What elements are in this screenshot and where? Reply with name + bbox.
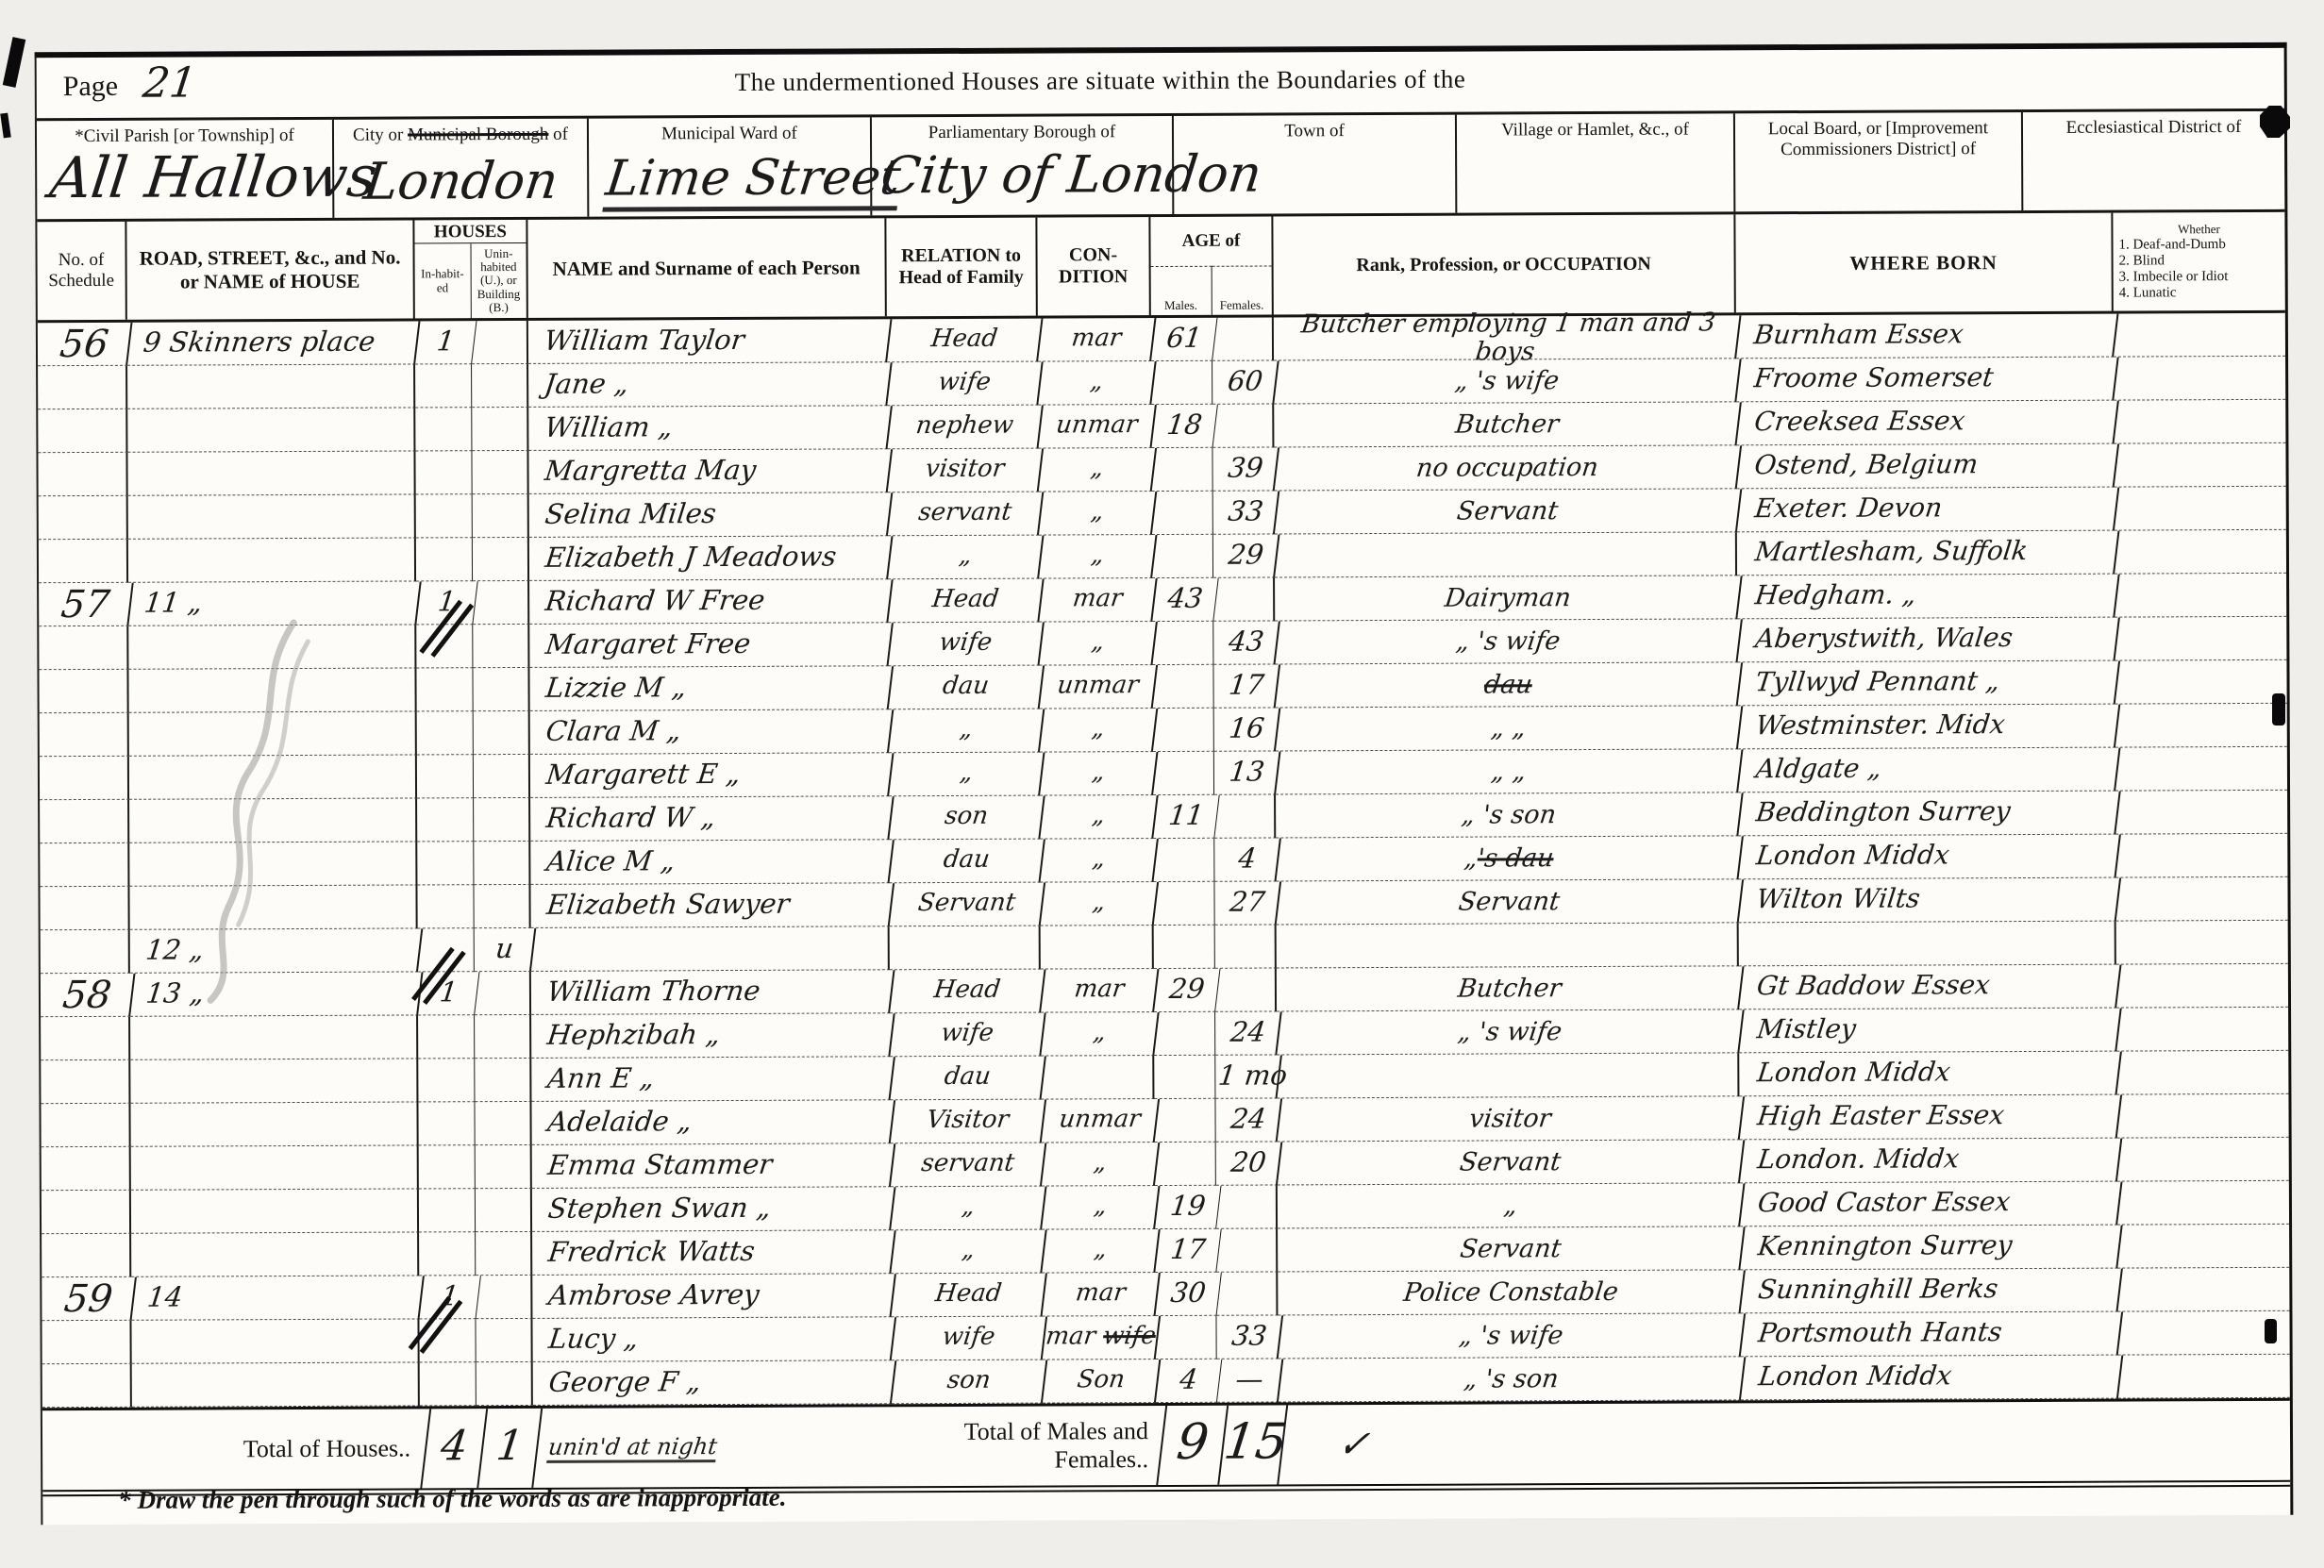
cell: Police Constable: [1278, 1270, 1745, 1315]
total-houses-label: Total of Houses..: [42, 1434, 420, 1464]
cell: [419, 1232, 476, 1276]
cell: Kennington Surrey: [1740, 1226, 2122, 1271]
age-group-title: AGE of: [1150, 216, 1271, 266]
cell: [418, 1059, 475, 1102]
cell: [472, 364, 528, 408]
cell: [419, 1145, 476, 1189]
cell: 43: [1152, 578, 1218, 622]
column-header-houses: HOUSES In-habit-ed Unin-habited (U.), or…: [414, 220, 527, 319]
cell: 57: [39, 583, 133, 626]
cell: [131, 1319, 419, 1363]
cell: 1: [415, 321, 477, 364]
column-header-condition: CON- DITION: [1037, 217, 1150, 316]
cell: [1154, 1099, 1215, 1143]
cell: Head: [887, 319, 1043, 363]
cell: 43: [1213, 621, 1279, 664]
census-rows: 569 Skinners place1William TaylorHeadmar…: [38, 313, 2290, 1408]
cell: Emma Stammer: [532, 1143, 895, 1189]
cell: [2114, 313, 2285, 358]
scan-artifact: [2272, 693, 2285, 726]
cell: [1152, 535, 1213, 578]
cell: Elizabeth Sawyer: [531, 883, 894, 928]
header-field-label: Ecclesiastical District of: [2023, 111, 2284, 139]
cell: 24: [1216, 1098, 1282, 1142]
cell: [1214, 794, 1276, 838]
cell: [472, 321, 528, 364]
cell: Burnham Essex: [1736, 314, 2118, 359]
cell: 9 Skinners place: [127, 321, 420, 365]
cell: [1153, 839, 1214, 882]
cell: [418, 1102, 475, 1145]
scan-artifact: [2265, 1319, 2277, 1343]
cell: [130, 1059, 418, 1103]
cell: [2117, 1181, 2289, 1226]
header-field-label: Village or Hamlet, &c., of: [1457, 113, 1733, 141]
total-houses-note: unin'd at night: [533, 1432, 892, 1463]
cell: Beddington Surrey: [1738, 792, 2120, 837]
cell: [474, 885, 530, 928]
cell: unmar: [1042, 1099, 1160, 1143]
cell: [1154, 1012, 1215, 1056]
cell: [42, 1191, 131, 1234]
cell: Exeter. Devon: [1737, 488, 2119, 533]
cell: [2115, 660, 2286, 705]
cell: [473, 581, 529, 625]
footnote: * Draw the pen through such of the words…: [118, 1483, 786, 1515]
cell: 61: [1151, 318, 1217, 361]
cell: 27: [1215, 881, 1281, 925]
cell: mar: [1038, 318, 1156, 362]
column-header-males: Males.: [1151, 266, 1212, 315]
cell: [475, 1015, 531, 1059]
cell: [1153, 882, 1214, 926]
header-field-label: Local Board, or [Improvement Commissione…: [1735, 112, 2021, 160]
cell: dau: [1276, 662, 1743, 708]
column-header-infirmities: Whether 1. Deaf-and-Dumb 2. Blind 3. Imb…: [2113, 212, 2284, 311]
cell: visitor: [888, 449, 1044, 493]
cell: 4: [1214, 838, 1280, 881]
cell: Wilton Wilts: [1739, 878, 2121, 924]
cell: Margaret Free: [529, 623, 893, 668]
cell: Martlesham, Suffolk: [1737, 531, 2119, 576]
cell: Mistley: [1739, 1009, 2121, 1054]
cell: Servant: [1275, 489, 1742, 534]
cell: [2117, 1138, 2289, 1182]
header-field-value: City of London: [878, 144, 1264, 206]
cell: 16: [1214, 708, 1280, 751]
cell: [42, 1147, 131, 1191]
cell: [40, 800, 129, 843]
header-field-label: Town of: [1174, 115, 1455, 142]
column-header-occupation: Rank, Profession, or OCCUPATION: [1273, 214, 1735, 314]
cell: [1151, 361, 1212, 405]
cell: [2114, 400, 2285, 444]
header-field: City or Municipal Borough ofLondon: [334, 119, 589, 218]
cell: Elizabeth J Meadows: [529, 536, 893, 581]
cell: [38, 453, 127, 496]
cell: [2116, 1051, 2288, 1095]
column-header-relation: RELATION to Head of Family: [886, 218, 1037, 317]
header-field-label: *Civil Parish [or Township] of: [37, 120, 332, 147]
total-males-females-label: Total of Males and Females..: [892, 1417, 1156, 1475]
cell: [39, 670, 128, 713]
cell: dau: [889, 666, 1045, 710]
cell: [1215, 925, 1277, 968]
cell: [416, 668, 473, 711]
cell: 30: [1155, 1273, 1221, 1316]
cell: „: [1040, 795, 1158, 840]
cell: [42, 1364, 132, 1408]
cell: Sunninghill Berks: [1740, 1269, 2122, 1314]
cell: [1153, 709, 1214, 752]
cell: [1041, 926, 1154, 970]
cell: wife: [892, 1317, 1047, 1361]
cell: —: [1217, 1359, 1283, 1402]
cell: [475, 1059, 531, 1102]
cell: High Easter Essex: [1740, 1095, 2122, 1141]
cell: [127, 408, 415, 452]
column-header-females: Females.: [1212, 265, 1272, 314]
cell: [418, 1015, 475, 1059]
cell: „: [891, 1230, 1046, 1275]
cell: [40, 713, 129, 757]
cell: Alice M „: [530, 840, 894, 885]
cell: [416, 494, 473, 538]
cell: Froome Somerset: [1736, 358, 2118, 403]
cell: Margarett E „: [530, 753, 894, 798]
cell: dau: [889, 840, 1045, 884]
census-sheet: Page 21 The undermentioned Houses are si…: [35, 42, 2294, 1525]
cell: „: [1042, 1143, 1160, 1187]
cell: servant: [891, 1143, 1046, 1188]
cell: [1277, 923, 1739, 968]
cell: [1041, 1056, 1154, 1100]
cell: „: [891, 1187, 1046, 1231]
cell: [130, 1102, 418, 1146]
cell: „: [1038, 361, 1156, 406]
cell: [128, 538, 416, 582]
cell: [475, 972, 531, 1015]
cell: Clara M „: [530, 709, 894, 755]
column-header-uninhabited: Unin-habited (U.), or Building (B.): [471, 243, 527, 318]
cell: [474, 798, 530, 842]
cell: 24: [1215, 1011, 1281, 1055]
cell: [472, 408, 528, 451]
cell: Visitor: [891, 1100, 1046, 1144]
header-field-label: City or Municipal Borough of: [334, 119, 587, 146]
cell: unmar: [1040, 665, 1158, 709]
cell: Hephzibah „: [531, 1013, 894, 1059]
cell: [472, 451, 528, 494]
cell: [38, 366, 127, 409]
cell: 17: [1155, 1229, 1221, 1273]
cell: 13: [1214, 751, 1280, 794]
cell: 33: [1213, 491, 1279, 534]
cell: [40, 887, 129, 930]
cell: 58: [41, 974, 135, 1017]
cell: Creeksea Essex: [1736, 401, 2118, 446]
cell: [474, 842, 530, 885]
cell: wife: [890, 1013, 1045, 1058]
cell: [39, 626, 128, 670]
header-field-label: Municipal Ward of: [589, 117, 870, 144]
cell: mar: [1041, 969, 1159, 1013]
cell: [890, 926, 1041, 971]
cell: Head: [891, 1274, 1046, 1318]
cell: Richard W „: [530, 796, 894, 842]
cell: „: [1040, 752, 1158, 796]
cell: [474, 755, 530, 798]
cell: [132, 1362, 420, 1407]
cell: no occupation: [1275, 445, 1742, 491]
cell: mar wife: [1043, 1316, 1161, 1360]
cell: [41, 1060, 130, 1104]
cell: Aldgate „: [1738, 748, 2120, 793]
cell: [2116, 1008, 2288, 1052]
cell: 60: [1212, 360, 1279, 404]
cell: 59: [42, 1277, 136, 1321]
check-mark-icon: ✓: [1279, 1423, 1372, 1466]
cell: [128, 494, 416, 539]
total-houses-uninhabited: 1: [477, 1409, 543, 1488]
infirmities-title: Whether: [2118, 221, 2279, 237]
cell: London Middx: [1741, 1356, 2123, 1401]
cell: [1152, 622, 1213, 665]
cell: [42, 1321, 131, 1364]
header-field-label: Parliamentary Borough of: [872, 116, 1172, 143]
header-field-value: All Hallows: [46, 144, 380, 212]
total-houses-inhabited: 4: [420, 1409, 486, 1488]
cell: 29: [1154, 969, 1220, 1012]
cell: „: [889, 753, 1045, 797]
cell: „ 's dau: [1276, 836, 1743, 881]
cell: [417, 842, 474, 885]
cell: Aberystwith, Wales: [1737, 618, 2119, 663]
page-label: Page: [63, 71, 118, 103]
header-field: Ecclesiastical District of: [2023, 111, 2284, 210]
cell: 19: [1155, 1186, 1221, 1229]
cell: [1277, 1053, 1739, 1098]
cell: Head: [890, 970, 1045, 1014]
header-field-value: London: [360, 151, 560, 211]
cell: [417, 755, 474, 798]
cell: [531, 926, 890, 972]
cell: [39, 540, 128, 583]
cell: Gt Baddow Essex: [1739, 965, 2121, 1010]
cell: William „: [528, 406, 892, 451]
cell: [131, 1232, 419, 1276]
cell: Lizzie M „: [530, 666, 894, 711]
cell: [2115, 791, 2287, 835]
cell: dau: [890, 1057, 1045, 1101]
cell: son: [892, 1360, 1047, 1405]
cell: William Taylor: [528, 319, 892, 364]
header-field: Local Board, or [Improvement Commissione…: [1735, 112, 2023, 211]
cell: [41, 1104, 130, 1147]
cell: 11: [1153, 795, 1219, 839]
cell: 56: [38, 323, 132, 366]
cell: „: [1042, 1229, 1160, 1274]
cell: [2115, 834, 2287, 878]
cell: Ann E „: [531, 1057, 894, 1102]
cell: 14: [131, 1276, 424, 1320]
cell: [1213, 577, 1275, 621]
cell: [2116, 1094, 2288, 1139]
cell: mar: [1042, 1273, 1160, 1317]
cell: visitor: [1278, 1096, 1745, 1142]
cell: [420, 1362, 477, 1406]
houses-group-title: HOUSES: [414, 220, 526, 244]
cell: [1154, 1056, 1215, 1099]
cell: [473, 668, 529, 711]
cell: Servant: [890, 883, 1045, 927]
infirmity-item: 1. Deaf-and-Dumb: [2118, 236, 2279, 253]
cell: [476, 1145, 532, 1189]
cell: [476, 1276, 532, 1319]
cell: [474, 711, 530, 755]
cell: [416, 538, 473, 581]
cell: Servant: [1278, 1226, 1745, 1272]
cell: Portsmouth Hants: [1741, 1312, 2123, 1358]
cell: [1212, 404, 1274, 447]
cell: [476, 1189, 532, 1232]
cell: [1275, 532, 1737, 577]
infirmity-item: 2. Blind: [2119, 253, 2280, 270]
cell: Servant: [1277, 879, 1744, 925]
totals-row: Total of Houses.. 4 1 unin'd at night To…: [42, 1398, 2290, 1496]
cell: [2118, 1355, 2290, 1399]
cell: [1153, 752, 1214, 795]
cell: [473, 625, 529, 668]
cell: [41, 1017, 130, 1060]
cell: [1739, 922, 2116, 967]
cell: [415, 408, 472, 451]
cell: 20: [1216, 1142, 1282, 1185]
cell: Margretta May: [529, 449, 893, 494]
cell: Good Castor Essex: [1740, 1182, 2122, 1227]
cell: [127, 364, 415, 409]
cell: „: [1039, 448, 1157, 492]
infirmity-item: 4. Lunatic: [2119, 285, 2280, 302]
cell: „ „: [1276, 706, 1743, 751]
cell: 33: [1217, 1315, 1283, 1359]
cell: [2117, 1268, 2289, 1312]
cell: Hedgham. „: [1737, 575, 2119, 620]
cell: [41, 930, 130, 974]
cell: Son: [1043, 1359, 1161, 1404]
tally-mark: [411, 595, 477, 661]
header-field-value: Lime Street: [602, 149, 903, 211]
cell: „: [1040, 839, 1158, 883]
cell: [477, 1362, 533, 1406]
scan-artifact: [3, 37, 26, 88]
cell: Butcher: [1274, 402, 1741, 447]
cell: [475, 1102, 531, 1145]
cell: [417, 798, 474, 842]
cell: Lucy „: [533, 1317, 896, 1362]
cell: 18: [1151, 405, 1217, 448]
cell: [2115, 487, 2286, 531]
cell: [419, 1189, 476, 1232]
cell: [2115, 574, 2286, 618]
cell: Stephen Swan „: [532, 1187, 895, 1232]
cell: 29: [1213, 534, 1279, 577]
scan-artifact: [0, 113, 11, 139]
cell: „ 's wife: [1274, 359, 1741, 404]
cell: [1216, 1228, 1278, 1272]
cell: wife: [888, 623, 1044, 667]
page-number: 21: [141, 58, 199, 107]
cell: 4: [1156, 1359, 1222, 1403]
column-header-age: AGE of Males. Females.: [1150, 216, 1273, 315]
cell: [131, 1189, 419, 1233]
cell: „: [1041, 882, 1159, 926]
cell: Richard W Free: [529, 579, 893, 625]
column-header-schedule: No. of Schedule: [37, 222, 126, 320]
cell: nephew: [887, 406, 1043, 450]
cell: [2115, 747, 2287, 792]
cell: Head: [888, 579, 1044, 624]
cell: Ostend, Belgium: [1737, 444, 2119, 490]
cell: [1215, 968, 1277, 1011]
cell: [2114, 443, 2285, 488]
cell: „: [1040, 709, 1158, 753]
cell: „: [1039, 622, 1157, 666]
cell: 1 mo: [1215, 1055, 1281, 1098]
cell: [130, 1015, 418, 1059]
cell: [417, 885, 474, 928]
cell: Dairyman: [1275, 575, 1742, 621]
total-females: 15: [1217, 1405, 1288, 1484]
header-field: Parliamentary Borough ofCity of London: [872, 116, 1174, 215]
cell: George F „: [533, 1360, 896, 1406]
cell: [415, 364, 472, 408]
infirmity-item: 3. Imbecile or Idiot: [2119, 269, 2280, 286]
cell: [415, 451, 472, 494]
column-header-where-born: WHERE BORN: [1735, 213, 2113, 313]
cell: Adelaide „: [532, 1100, 895, 1145]
cell: [131, 1145, 419, 1190]
cell: [2115, 704, 2287, 748]
cell: „ 's son: [1279, 1357, 1746, 1402]
cell: [1152, 492, 1213, 535]
total-males: 9: [1156, 1406, 1227, 1485]
cell: „: [1039, 535, 1157, 579]
cell: „ 's wife: [1279, 1313, 1746, 1359]
cell: [1155, 1316, 1216, 1359]
pencil-scribble-artifact: [142, 604, 352, 1020]
cell: [1216, 1185, 1278, 1228]
cell: [417, 711, 474, 755]
cell: [2116, 964, 2288, 1009]
tally-mark: [400, 1292, 466, 1358]
cell: [38, 409, 127, 453]
cell: Tyllwyd Pennant „: [1738, 661, 2120, 707]
cell: Ambrose Avrey: [532, 1274, 895, 1319]
header-field: *Civil Parish [or Township] ofAll Hallow…: [37, 120, 334, 219]
cell: Servant: [1278, 1140, 1745, 1185]
cell: [2115, 530, 2286, 575]
cell: „: [888, 536, 1044, 580]
cell: [2114, 357, 2285, 401]
cell: London Middx: [1739, 1052, 2121, 1097]
cell: „ 's wife: [1275, 619, 1742, 664]
cell: „: [1039, 492, 1157, 536]
cell: [2115, 617, 2286, 661]
cell: [1216, 1272, 1278, 1315]
cell: servant: [888, 492, 1044, 537]
cell: 17: [1214, 664, 1280, 708]
